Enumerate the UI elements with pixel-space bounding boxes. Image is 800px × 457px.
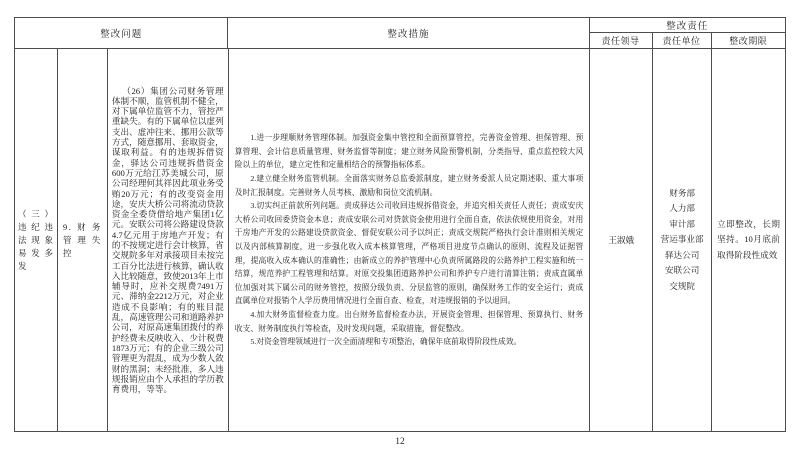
cell-issue-number: 9.财务管理失控 [58, 49, 108, 431]
cell-category: （三）违纪违法现象易发多发 [15, 49, 58, 431]
header-measures: 整改措施 [228, 18, 589, 48]
measure-paragraph: 1.进一步理顺财务管理体制。加强资金集中管控和全面预算管控，完善资金管理、担保管… [235, 131, 584, 172]
deadline-text: 立即整改，长期坚持。10月底前取得阶段性成效 [717, 217, 780, 264]
issue-detail-text: （26）集团公司财务管理体制不顺，监管机制不健全，对下属单位监管不力，管控严重缺… [112, 86, 224, 395]
leader-name: 王淑娥 [590, 234, 652, 246]
header-issues: 整改问题 [15, 18, 228, 48]
cell-issue-detail: （26）集团公司财务管理体制不顺，监管机制不健全，对下属单位监管不力，管控严重缺… [108, 49, 229, 431]
header-responsibility-group: 整改责任 责任领导 责任单位 整改期限 [590, 18, 785, 48]
header-responsibility-subrow: 责任领导 责任单位 整改期限 [590, 33, 785, 48]
header-leader: 责任领导 [590, 33, 653, 48]
unit-item: 人力部 [653, 201, 711, 217]
measure-paragraph: 4.加大财务监督检查力度。出台财务监督检查办法，开展资金管理、担保管理、预算执行… [235, 308, 584, 335]
unit-item: 交规院 [653, 279, 711, 295]
table-header: 整改问题 整改措施 整改责任 责任领导 责任单位 整改期限 [15, 18, 785, 49]
unit-item: 财务部 [653, 186, 711, 202]
measure-paragraph: 2.建立健全财务监管机制。全面落实财务总监委派制度，建立财务委派人员定期述职、重… [235, 172, 584, 199]
header-deadline: 整改期限 [712, 33, 785, 48]
cell-deadline: 立即整改，长期坚持。10月底前取得阶段性成效 [712, 49, 785, 431]
document-page: 整改问题 整改措施 整改责任 责任领导 责任单位 整改期限 （三）违纪违法现象易… [0, 0, 800, 457]
unit-item: 驿达公司 [653, 248, 711, 264]
unit-item: 营运事业部 [653, 232, 711, 248]
measure-paragraph: 5.对资金管理领域进行一次全面清理和专项整治，确保年底前取得阶段性成效。 [235, 335, 584, 349]
measure-paragraph: 3.切实纠正前款所列问题。责成驿达公司收回违规拆借资金，并追究相关责任人责任；责… [235, 199, 584, 308]
rectification-table: 整改问题 整改措施 整改责任 责任领导 责任单位 整改期限 （三）违纪违法现象易… [14, 17, 786, 432]
unit-item: 安联公司 [653, 263, 711, 279]
unit-item: 审计部 [653, 217, 711, 233]
cell-leader: 王淑娥 [590, 49, 653, 431]
header-responsibility: 整改责任 [590, 18, 785, 33]
page-number: 12 [0, 437, 800, 447]
header-unit: 责任单位 [653, 33, 712, 48]
cell-units: 财务部 人力部 审计部 营运事业部 驿达公司 安联公司 交规院 [653, 49, 712, 431]
cell-measures: 1.进一步理顺财务管理体制。加强资金集中管控和全面预算管控，完善资金管理、担保管… [229, 49, 591, 431]
table-row: （三）违纪违法现象易发多发 9.财务管理失控 （26）集团公司财务管理体制不顺，… [15, 49, 785, 431]
